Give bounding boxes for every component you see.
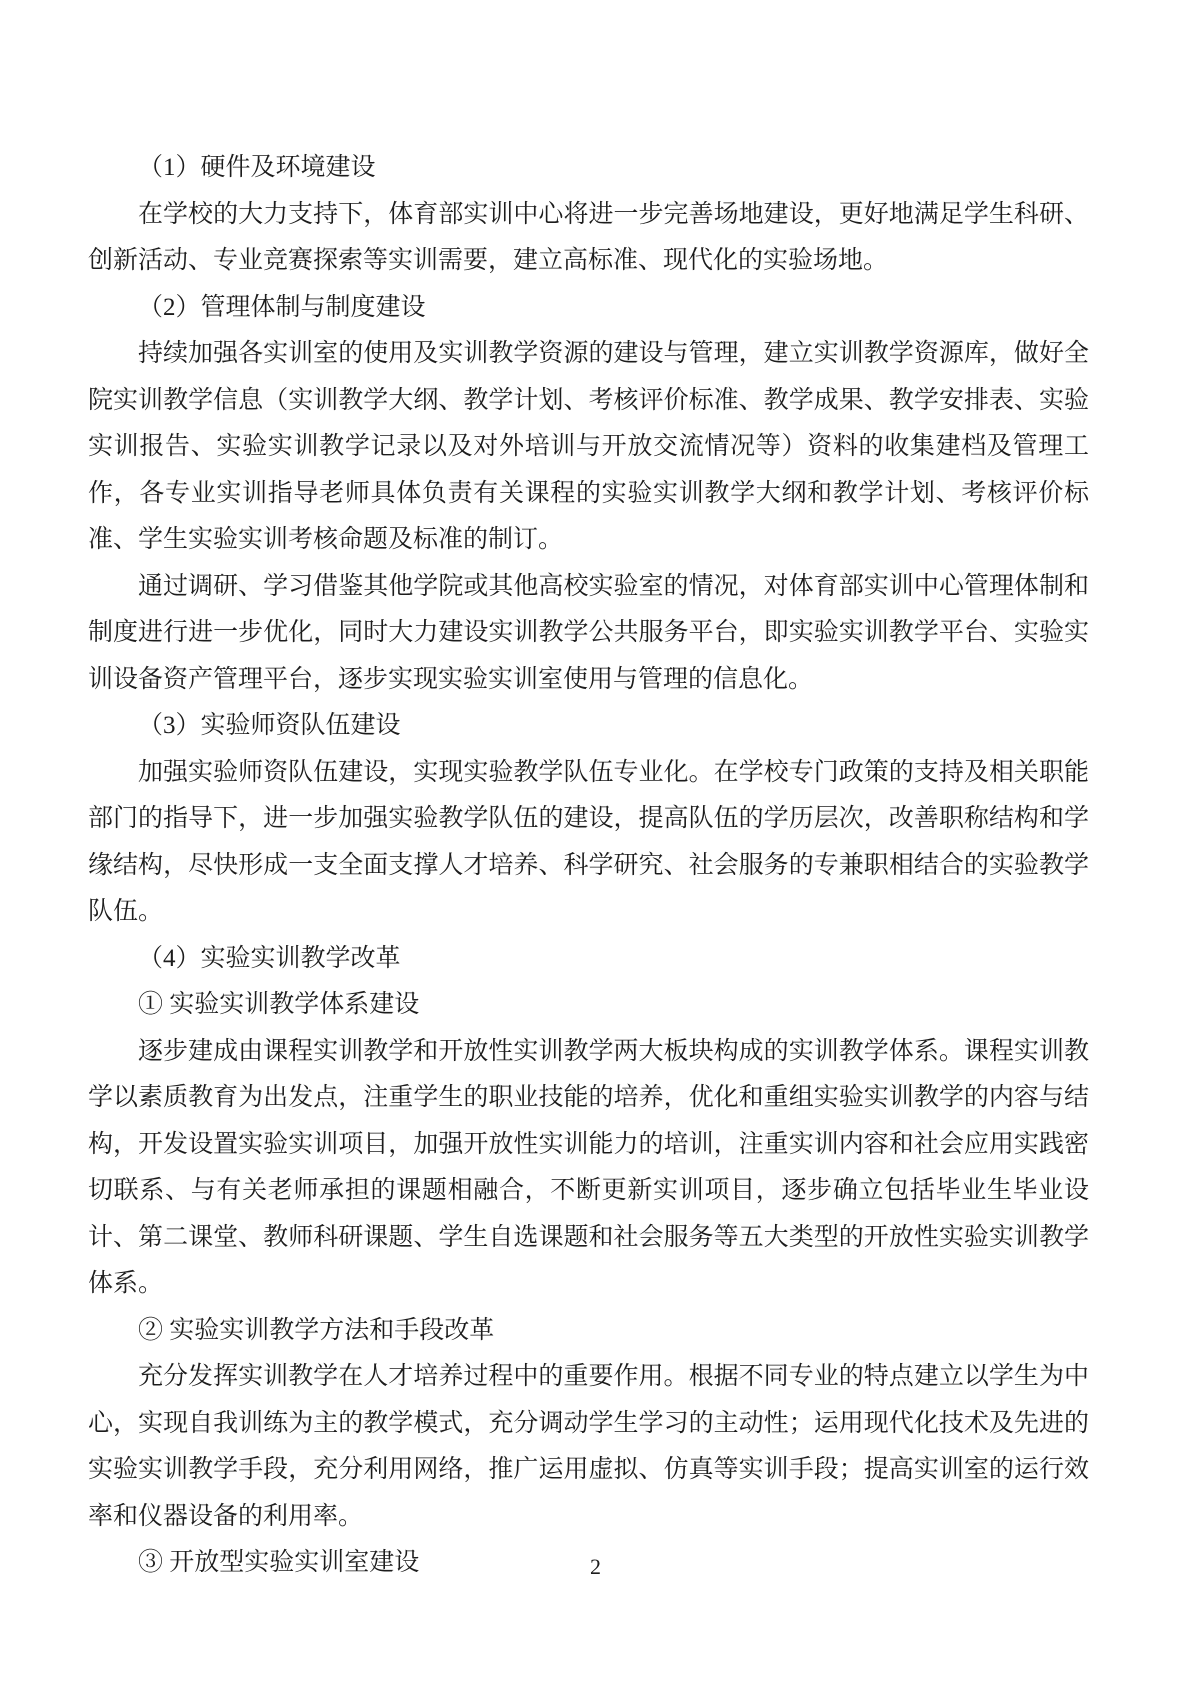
body-paragraph: 持续加强各实训室的使用及实训教学资源的建设与管理，建立实训教学资源库，做好全院实… [88, 331, 1089, 564]
section-heading-2: （2）管理体制与制度建设 [88, 285, 1089, 332]
sub-heading-1: ① 实验实训教学体系建设 [88, 982, 1089, 1029]
document-page: （1）硬件及环境建设 在学校的大力支持下，体育部实训中心将进一步完善场地建设，更… [0, 0, 1191, 1684]
body-paragraph: 充分发挥实训教学在人才培养过程中的重要作用。根据不同专业的特点建立以学生为中心，… [88, 1354, 1089, 1540]
body-paragraph: 在学校的大力支持下，体育部实训中心将进一步完善场地建设，更好地满足学生科研、创新… [88, 192, 1089, 285]
document-body: （1）硬件及环境建设 在学校的大力支持下，体育部实训中心将进一步完善场地建设，更… [88, 145, 1089, 1587]
section-heading-3: （3）实验师资队伍建设 [88, 703, 1089, 750]
body-paragraph: 加强实验师资队伍建设，实现实验教学队伍专业化。在学校专门政策的支持及相关职能部门… [88, 750, 1089, 936]
section-heading-4: （4）实验实训教学改革 [88, 936, 1089, 983]
sub-heading-2: ② 实验实训教学方法和手段改革 [88, 1308, 1089, 1355]
body-paragraph: 通过调研、学习借鉴其他学院或其他高校实验室的情况，对体育部实训中心管理体制和制度… [88, 564, 1089, 704]
page-number: 2 [0, 1552, 1191, 1582]
section-heading-1: （1）硬件及环境建设 [88, 145, 1089, 192]
body-paragraph: 逐步建成由课程实训教学和开放性实训教学两大板块构成的实训教学体系。课程实训教学以… [88, 1029, 1089, 1308]
